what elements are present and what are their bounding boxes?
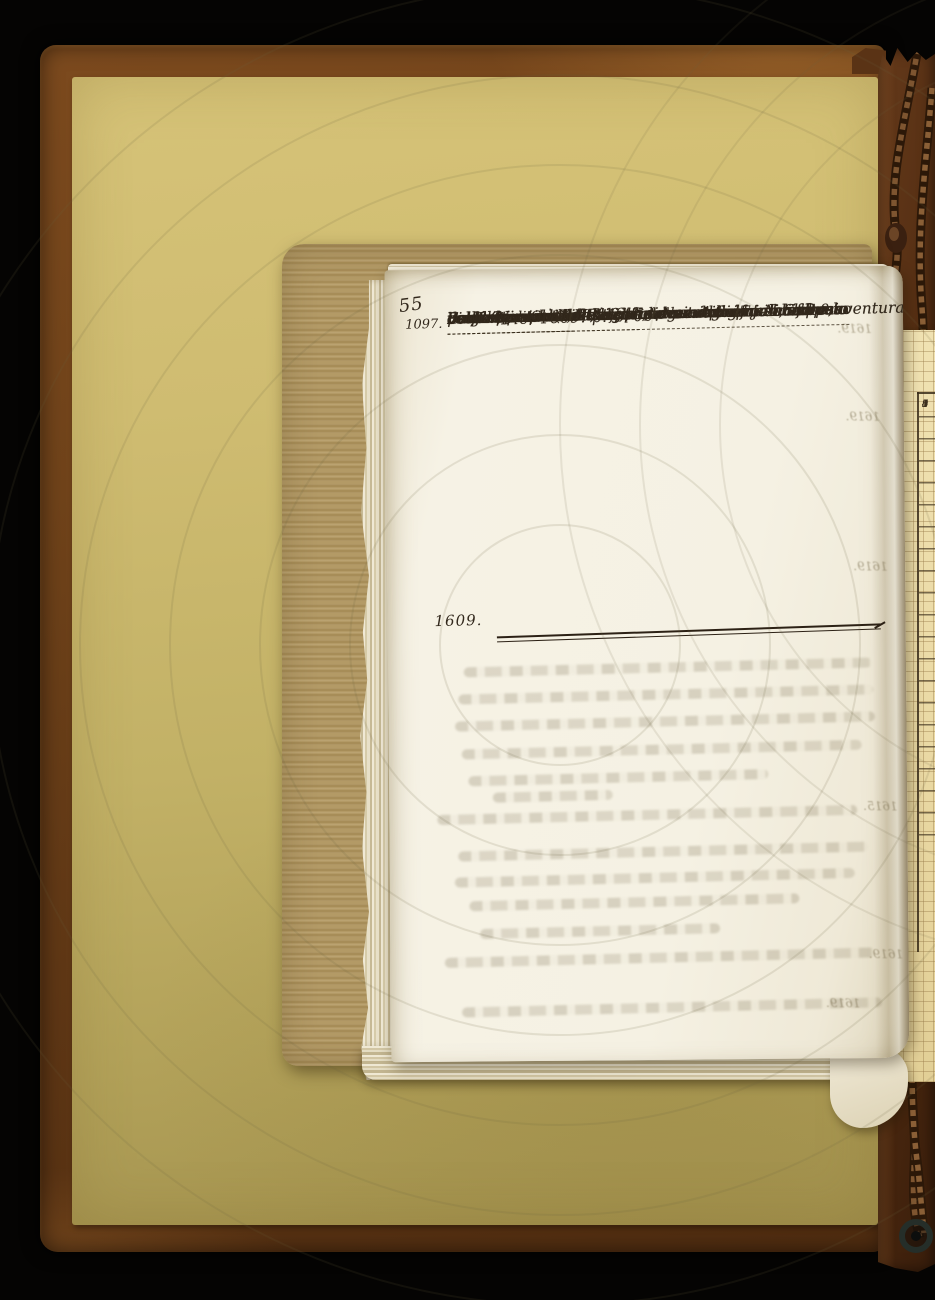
manuscript-page: 55 1097. L'esemplo del Pinelli*, che ne'… [385,266,910,1062]
bleed-through-line [468,769,768,786]
bleed-through-year: 1619. [826,996,861,1010]
bleed-through-line [469,893,799,911]
bleed-through-line [462,740,862,760]
bleed-through-year: 1619. [846,409,881,423]
entry-number: 1097. [405,317,443,333]
bleed-through-line [458,684,873,704]
manuscript-booklet: 55 1097. L'esemplo del Pinelli*, che ne'… [352,262,908,1132]
citation-date-line: Dic. 1609. p. 4700. [447,304,660,337]
bleed-through-year: 1619. [869,947,904,961]
bleed-through-year: 1619. [837,322,872,336]
bleed-through-line [493,790,613,803]
bleed-through-line [462,997,882,1017]
folio-number: 55 [398,293,425,317]
table-digit: 5 [922,394,928,416]
manuscript-paragraph: L'esemplo del Pinelli*, che ne' Salmi di… [447,295,877,306]
photo-of-manuscript: 9 5 5 4 1 4 5 55 1097. L'esemplo del Pin… [0,0,935,1300]
bleed-through-line [455,711,875,731]
bleed-through-year: 1619. [853,559,888,573]
table-row-rules [919,416,935,836]
bleed-through-line [437,805,857,825]
margin-year: 1609. [434,611,482,630]
handwritten-text-layer: 55 1097. L'esemplo del Pinelli*, che ne'… [385,266,910,1062]
double-rule-separator [497,623,881,642]
bleed-through-year: 1615. [863,799,898,813]
bleed-through-line [455,868,855,888]
page-corner-droop [830,1048,908,1128]
bleed-through-line [480,923,720,939]
bleed-through-line [464,657,872,677]
bleed-through-line [458,842,868,862]
bleed-through-line [445,947,875,968]
